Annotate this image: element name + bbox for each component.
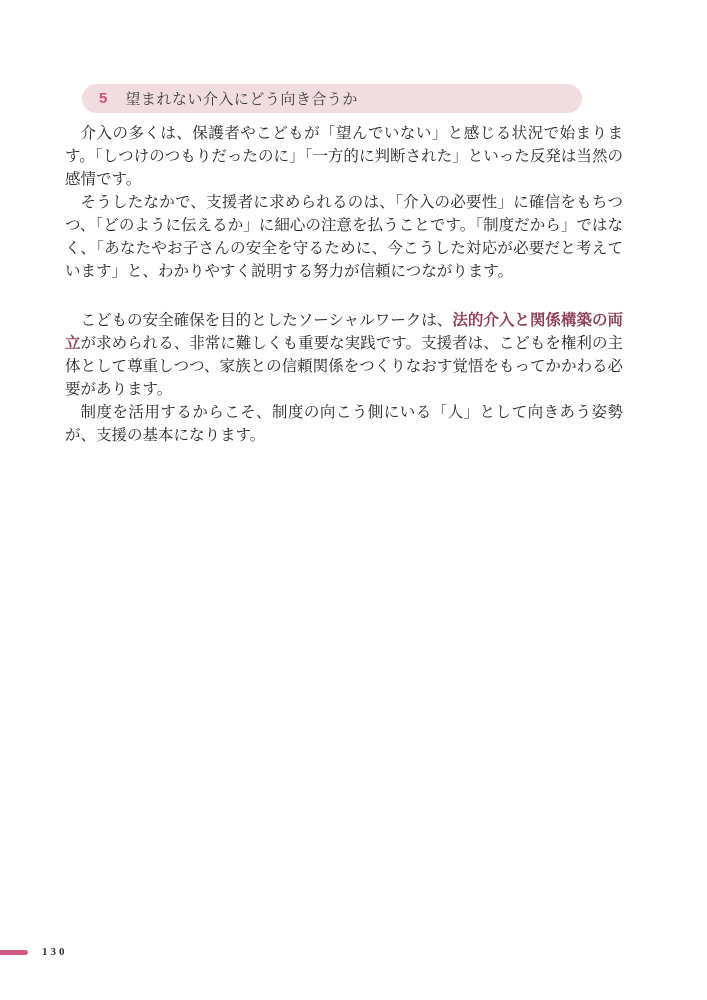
section-title: 望まれない介入にどう向き合うか	[125, 88, 358, 109]
section-number: 5	[99, 90, 107, 107]
paragraph-socialwork: こどもの安全確保を目的としたソーシャルワークは、法的介入と関係構築の両立が求めら…	[65, 309, 623, 401]
footer-accent-bar	[0, 950, 28, 955]
body-text: 介入の多くは、保護者やこどもが「望んでいない」と感じる状況で始まります。「しつけ…	[65, 122, 623, 447]
paragraph-socialwork-rest: が求められる、非常に難しくも重要な実践です。支援者は、こどもを権利の主体として尊…	[65, 335, 623, 398]
paragraph-closing: 制度を活用するからこそ、制度の向こう側にいる「人」として向きあう姿勢が、支援の基…	[65, 401, 623, 447]
paragraph-intervention-intro: 介入の多くは、保護者やこどもが「望んでいない」と感じる状況で始まります。「しつけ…	[65, 122, 623, 191]
page-number: 130	[42, 946, 68, 958]
paragraph-socialwork-lead: こどもの安全確保を目的としたソーシャルワークは、	[81, 312, 453, 329]
page-footer: 130	[0, 946, 68, 958]
section-heading-banner: 5 望まれない介入にどう向き合うか	[82, 84, 582, 113]
paragraph-supporter-approach: そうしたなかで、支援者に求められるのは、「介入の必要性」に確信をもちつつ、「どの…	[65, 191, 623, 283]
book-page: 5 望まれない介入にどう向き合うか 介入の多くは、保護者やこどもが「望んでいない…	[0, 0, 707, 1000]
